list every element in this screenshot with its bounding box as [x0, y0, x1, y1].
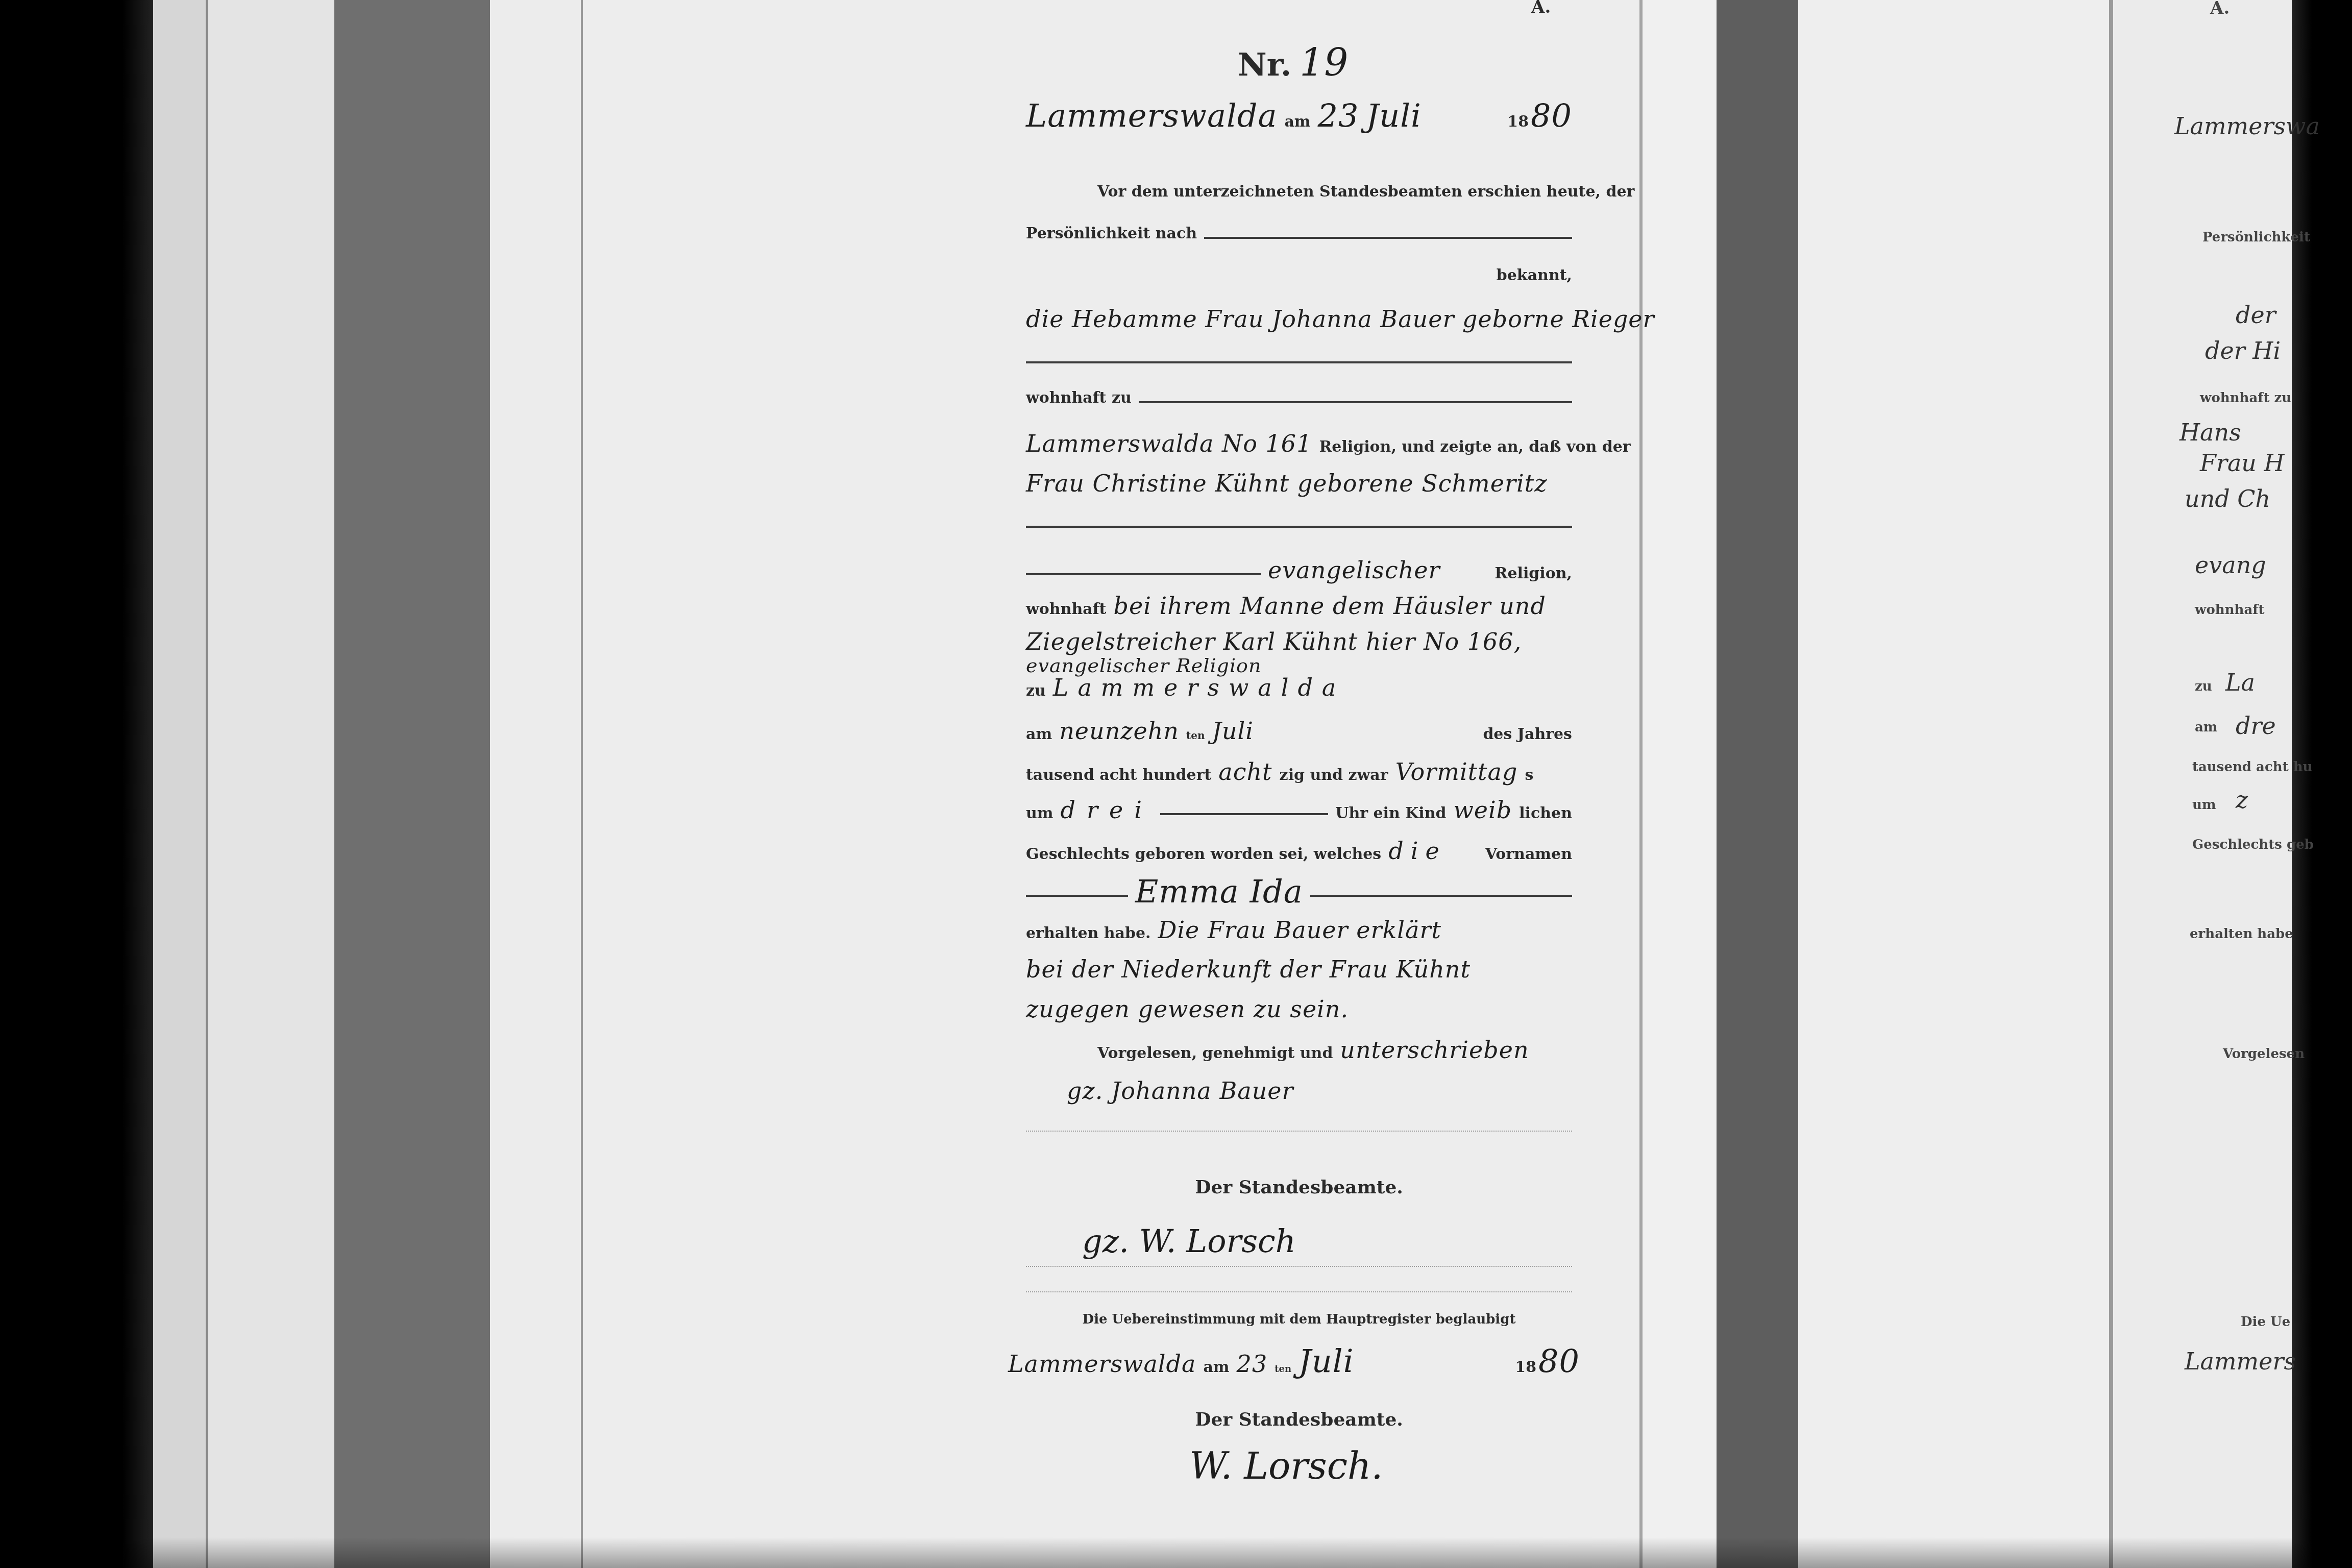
birth-day: neunzehn — [1059, 717, 1179, 745]
birth-month: Juli — [1212, 717, 1254, 745]
mother-name: Frau Christine Kühnt geborene Schmeritz — [1026, 470, 1547, 497]
birth-hour: drei — [1061, 796, 1153, 824]
uhr-kind: Uhr ein Kind — [1335, 804, 1446, 822]
birth-year-line: tausend acht hundert acht zig und zwar V… — [1026, 758, 1572, 786]
declarant-signature: gz. Johanna Bauer — [1067, 1077, 1293, 1105]
place: Lammerswalda — [1026, 97, 1277, 134]
intro-text: Vor dem unterzeichneten Standesbeamten e… — [1097, 183, 1634, 201]
film-margin-strip — [153, 0, 207, 1568]
fill-line — [1139, 401, 1572, 403]
birth-place: Lammerswalda — [1053, 674, 1345, 701]
decade: acht — [1218, 758, 1272, 786]
declarant-signature-line: gz. Johanna Bauer — [1026, 1077, 1613, 1105]
registrar-signature-2: W. Lorsch. — [1189, 1444, 1383, 1487]
entry-number-value: 19 — [1300, 41, 1349, 85]
remark-1: Die Frau Bauer erklärt — [1158, 916, 1441, 944]
entry-number: Nr.19 — [1238, 41, 1349, 85]
des-jahres: des Jahres — [1483, 725, 1572, 743]
fill-line — [1026, 895, 1128, 897]
adjacent-hw: Hans — [2179, 419, 2241, 446]
adjacent-label: um — [2192, 797, 2216, 813]
registrar-signature: gz. W. Lorsch — [1082, 1222, 1296, 1260]
entry-number-label: Nr. — [1238, 46, 1291, 83]
remark-line-2: bei der Niederkunft der Frau Kühnt — [1026, 955, 1572, 983]
day: 23 — [1318, 97, 1359, 134]
adjacent-label: Die Ue — [2241, 1314, 2290, 1330]
adjacent-hw: dre — [2236, 712, 2276, 740]
sex-value: weib — [1453, 796, 1512, 824]
cert-place: Lammerswalda — [1008, 1350, 1196, 1378]
residence-value: Lammerswalda No 161 — [1026, 430, 1312, 457]
cert-am: am — [1203, 1358, 1229, 1376]
adjacent-label: Vorgelesen — [2223, 1046, 2305, 1062]
cert-month: Juli — [1298, 1342, 1354, 1380]
registrar-title-2: Der Standesbeamte. — [1026, 1409, 1572, 1430]
adjacent-label: wohnhaft zu — [2200, 390, 2291, 406]
next-page-edge — [2109, 0, 2113, 1568]
adjacent-label: Geschlechts geb — [2192, 837, 2314, 852]
geschlechts-text: Geschlechts geboren worden sei, welches — [1026, 845, 1381, 863]
residence-label: wohnhaft zu — [1026, 389, 1132, 407]
am-label: am — [1284, 113, 1310, 131]
birth-hour-line: um drei Uhr ein Kind weib lichen — [1026, 796, 1572, 824]
place-date-line: Lammerswalda am 23 Juli 18 80 — [1026, 97, 1572, 134]
adjacent-corner-mark: A. — [2210, 0, 2229, 18]
adjacent-label: erhalten habe — [2190, 926, 2293, 942]
known-line: bekannt, — [1026, 266, 1572, 284]
adjacent-label: wohnhaft — [2195, 602, 2264, 618]
mother-religion-line: evangelischer Religion, — [1026, 556, 1572, 584]
adjacent-hw: der — [2236, 301, 2276, 329]
previous-page-margin — [208, 0, 335, 1568]
adjacent-hw: der Hi — [2205, 337, 2281, 364]
registrar-title: Der Standesbeamte. — [1026, 1177, 1572, 1198]
time-of-day: Vormittag — [1395, 758, 1518, 786]
fill-line — [1204, 237, 1572, 239]
religion-clause: Religion, und zeigte an, daß von der — [1319, 438, 1630, 456]
personality-label: Persönlichkeit nach — [1026, 225, 1197, 242]
rule — [1026, 526, 1572, 528]
adjacent-label: zu — [2195, 679, 2212, 694]
dotted-rule — [1026, 1266, 1572, 1267]
birth-place-line: zu Lammerswalda — [1026, 674, 1572, 701]
time-suffix: s — [1525, 766, 1533, 784]
given-names-line: Emma Ida — [1026, 873, 1572, 910]
mother-residence-value-2: Ziegelstreicher Karl Kühnt hier No 166, — [1026, 628, 1522, 655]
known-suffix: bekannt, — [1497, 266, 1572, 284]
birth-date-line: am neunzehn ten Juli des Jahres — [1026, 717, 1572, 745]
remark-3: zugegen gewesen zu sein. — [1026, 995, 1349, 1023]
remark-line-1: erhalten habe. Die Frau Bauer erklärt — [1026, 916, 1572, 944]
film-vignette-bottom — [0, 1537, 2352, 1568]
next-page-margin — [1798, 0, 2112, 1568]
rule — [1026, 361, 1572, 363]
mother-religion: evangelischer — [1268, 556, 1440, 584]
sex-suffix: lichen — [1519, 804, 1572, 822]
personality-line: Persönlichkeit nach — [1026, 225, 1572, 242]
corner-mark: A. — [1531, 0, 1551, 17]
adjacent-hw: Frau H — [2200, 449, 2285, 477]
adjacent-label: tausend acht hu — [2192, 759, 2313, 775]
mother-residence-label: wohnhaft — [1026, 600, 1106, 618]
adjacent-place: Lammerswa — [2174, 112, 2320, 140]
adjacent-hw: und Ch — [2185, 485, 2270, 512]
ten-suffix: ten — [1186, 729, 1205, 742]
read-approved-line: Vorgelesen, genehmigt und unterschrieben — [1097, 1036, 1572, 1064]
declarant-name: die Hebamme Frau Johanna Bauer geborne R… — [1026, 305, 1655, 333]
adjacent-hw: evang — [2195, 551, 2266, 579]
vornamen-label: Vornamen — [1485, 845, 1572, 863]
cert-year-suffix: 80 — [1538, 1342, 1580, 1380]
fill-line — [1310, 895, 1572, 897]
mother-residence-line-2: Ziegelstreicher Karl Kühnt hier No 166, — [1026, 628, 1572, 655]
cert-day: 23 — [1237, 1350, 1268, 1378]
mother-residence-value-1: bei ihrem Manne dem Häusler und — [1113, 592, 1546, 620]
year-prefix: 18 — [1507, 113, 1529, 131]
residence-religion-line: Lammerswalda No 161 Religion, und zeigte… — [1026, 430, 1572, 457]
read-approved-label: Vorgelesen, genehmigt und — [1097, 1044, 1333, 1062]
adjacent-label: Persönlichkeit — [2202, 230, 2310, 245]
um-label: um — [1026, 804, 1053, 822]
am-label: am — [1026, 725, 1052, 743]
residence-line: wohnhaft zu — [1026, 389, 1572, 407]
zu-label: zu — [1026, 682, 1046, 700]
fill-line — [1160, 813, 1328, 815]
dotted-rule — [1026, 1291, 1572, 1292]
binding-shadow-right — [1717, 0, 1798, 1568]
adjacent-hw: Lammers — [2185, 1347, 2296, 1375]
declarant-line: die Hebamme Frau Johanna Bauer geborne R… — [1026, 305, 1572, 333]
article-value: die — [1388, 837, 1446, 865]
read-approved-value: unterschrieben — [1340, 1036, 1529, 1064]
cert-place-date-line: Lammerswalda am 23 ten Juli 18 80 — [1008, 1342, 1580, 1380]
page-margin-left — [490, 0, 582, 1568]
adjacent-label: am — [2195, 720, 2217, 735]
adjacent-hw: La — [2225, 669, 2255, 696]
remark-line-3: zugegen gewesen zu sein. — [1026, 995, 1572, 1023]
mother-line: Frau Christine Kühnt geborene Schmeritz — [1026, 470, 1572, 497]
adjacent-hw: z — [2236, 786, 2248, 814]
binding-shadow-left — [334, 0, 490, 1568]
dotted-rule — [1026, 1131, 1572, 1132]
remark-2: bei der Niederkunft der Frau Kühnt — [1026, 955, 1471, 983]
month: Juli — [1366, 97, 1421, 134]
cert-day-suffix: ten — [1275, 1364, 1291, 1375]
year-suffix: 80 — [1531, 97, 1572, 134]
fill-line — [1026, 573, 1261, 575]
tausend-label: tausend acht hundert — [1026, 766, 1211, 784]
cert-year-prefix: 18 — [1515, 1358, 1536, 1376]
erhalten-label: erhalten habe. — [1026, 924, 1151, 942]
geschlechts-line: Geschlechts geboren worden sei, welches … — [1026, 837, 1572, 865]
page-margin-right — [1643, 0, 1717, 1568]
intro-line: Vor dem unterzeichneten Standesbeamten e… — [1097, 183, 1572, 201]
certification-text: Die Uebereinstimmung mit dem Hauptregist… — [1026, 1312, 1572, 1327]
given-names: Emma Ida — [1135, 873, 1303, 910]
zig-und-zwar: zig und zwar — [1280, 766, 1388, 784]
mother-residence-line: wohnhaft bei ihrem Manne dem Häusler und — [1026, 592, 1572, 620]
religion-label: Religion, — [1495, 565, 1572, 582]
film-edge-left — [0, 0, 153, 1568]
